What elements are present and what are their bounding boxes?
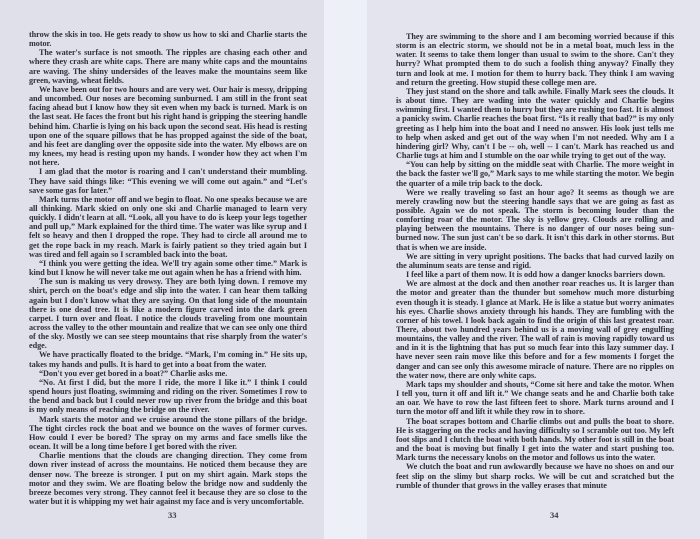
paragraph: The sun is making us very drowsy. They a… — [29, 277, 307, 350]
paragraph: We are almost at the dock and then anoth… — [396, 279, 674, 380]
paragraph: Mark starts the motor and we cruise arou… — [29, 415, 307, 452]
left-page: throw the skis in too. He gets ready to … — [0, 0, 324, 539]
paragraph: The water's surface is not smooth. The r… — [29, 48, 307, 85]
paragraph: We have practically floated to the bridg… — [29, 350, 307, 368]
right-page-text: They are swimming to the shore and I am … — [396, 32, 674, 490]
paragraph: “Don't you ever get bored in a boat?” Ch… — [29, 369, 307, 378]
paragraph: I am glad that the motor is roaring and … — [29, 167, 307, 194]
page-number: 33 — [168, 510, 177, 520]
paragraph: The boat scrapes bottom and Charlie clim… — [396, 417, 674, 463]
paragraph: “You can help by sitting on the middle s… — [396, 160, 674, 187]
paragraph: They are swimming to the shore and I am … — [396, 32, 674, 87]
paragraph: “No. At first I did, but the more I ride… — [29, 378, 307, 415]
paragraph: throw the skis in too. He gets ready to … — [29, 30, 307, 48]
book-gutter — [324, 0, 367, 539]
paragraph: We clutch the boat and run awkwardly bec… — [396, 462, 674, 489]
paragraph: “I think you were getting the idea. We'l… — [29, 259, 307, 277]
paragraph: We have been out for two hours and are v… — [29, 85, 307, 167]
paragraph: Charlie mentions that the clouds are cha… — [29, 451, 307, 506]
paragraph: We are sitting in very upright positions… — [396, 252, 674, 270]
paragraph: Mark taps my shoulder and shouts, “Come … — [396, 380, 674, 417]
right-page: They are swimming to the shore and I am … — [367, 0, 700, 539]
paragraph: I feel like a part of them now. It is od… — [396, 270, 674, 279]
paragraph: Mark turns the motor off and we begin to… — [29, 195, 307, 259]
paragraph: Were we really traveling so fast an hour… — [396, 188, 674, 252]
left-page-text: throw the skis in too. He gets ready to … — [29, 30, 307, 506]
paragraph: They just stand on the shore and talk aw… — [396, 87, 674, 160]
page-number: 34 — [550, 510, 559, 520]
